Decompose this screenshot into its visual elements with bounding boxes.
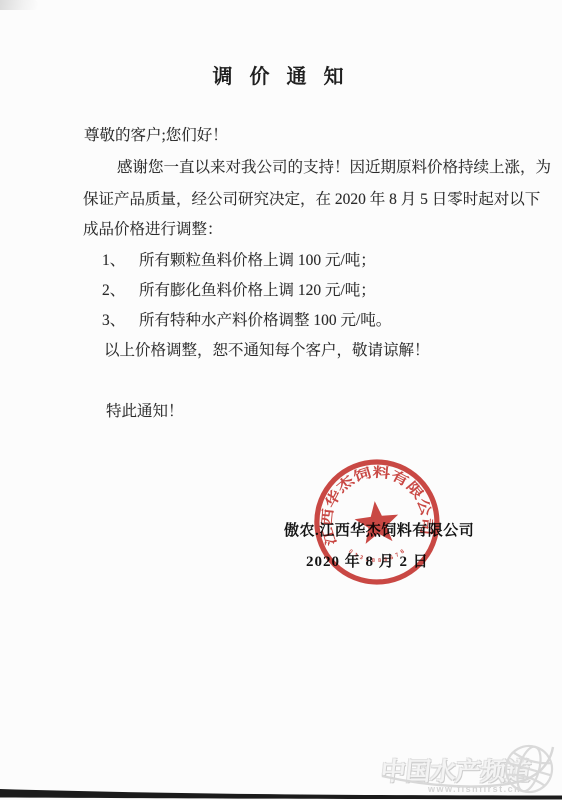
body-line: 成品价格进行调整： [83, 220, 223, 240]
list-item-text: 所有颗粒鱼料价格上调 100 元/吨； [139, 252, 376, 269]
list-item-number: 3、 [102, 311, 139, 331]
scan-artifact-top-left [0, 0, 38, 10]
scanned-notice-page: 调 价 通 知 尊敬的客户;您们好！ 感谢您一直以来对我公司的支持！因近期原料价… [0, 0, 562, 800]
closing-line: 以上价格调整，恕不通知每个客户，敬请谅解！ [104, 341, 430, 361]
list-item: 3、所有特种水产料价格调整 100 元/吨。 [102, 311, 391, 331]
list-item-number: 1、 [102, 251, 139, 271]
list-item: 2、所有膨化鱼料价格上调 120 元/吨； [102, 281, 376, 301]
salutation-line: 尊敬的客户;您们好！ [84, 126, 228, 146]
notice-line: 特此通知！ [106, 402, 184, 422]
scan-edge-shadow [0, 786, 562, 800]
list-item: 1、所有颗粒鱼料价格上调 100 元/吨； [102, 251, 376, 271]
seal-star-icon [353, 499, 401, 545]
list-item-text: 所有膨化鱼料价格上调 120 元/吨； [139, 282, 376, 299]
svg-text:0131888878: 0131888878 [347, 543, 408, 567]
list-item-text: 所有特种水产料价格调整 100 元/吨。 [139, 312, 391, 329]
seal-serial-number: 0131888878 [347, 543, 408, 567]
list-item-number: 2、 [102, 281, 139, 301]
body-line: 感谢您一直以来对我公司的支持！因近期原料价格持续上涨，为 [117, 158, 551, 178]
page-title: 调 价 通 知 [0, 60, 562, 89]
body-line: 保证产品质量，经公司研究决定，在 2020 年 8 月 5 日零时起对以下 [83, 190, 540, 210]
company-seal: 江西华杰饲料有限公司 0131888878 [310, 456, 444, 590]
